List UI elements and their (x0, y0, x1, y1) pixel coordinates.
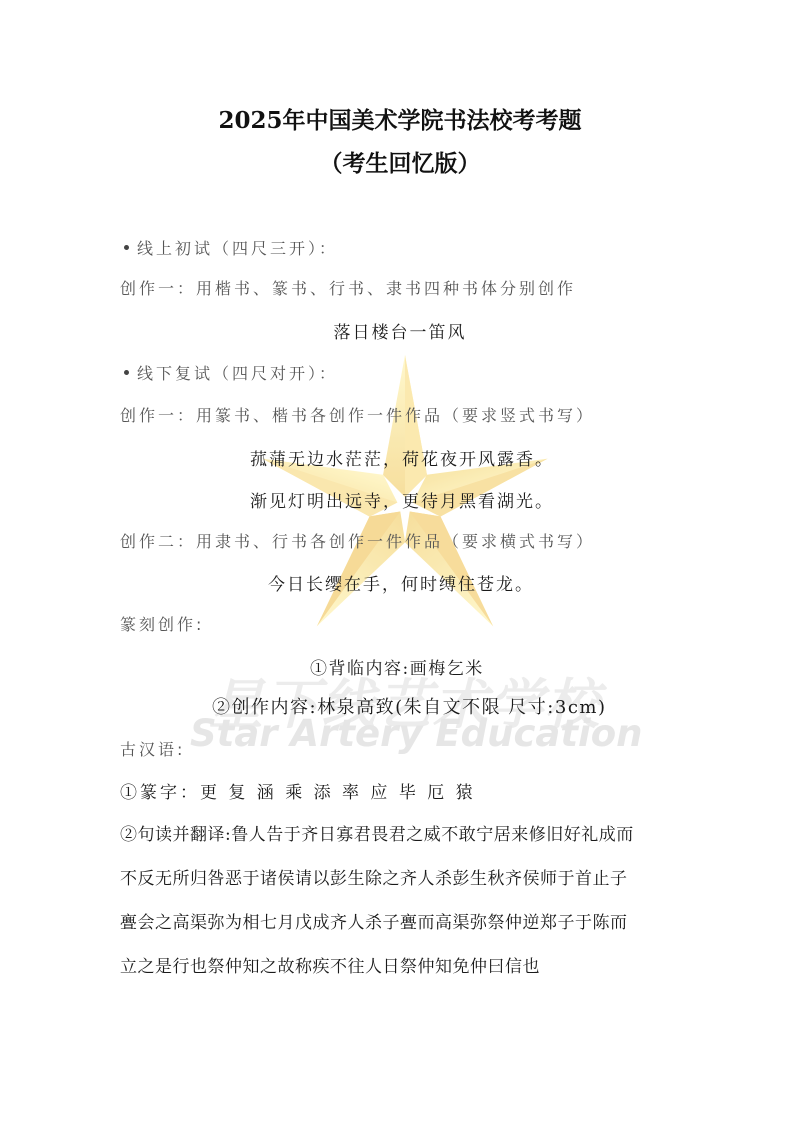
offline-round-heading: 线下复试（四尺对开）： (118, 361, 338, 384)
classical-chinese-item-2-line-4: 立之是行也祭仲知之故称疾不往人日祭仲知免仲曰信也 (120, 952, 540, 977)
offline-task1-poem-line-2: 渐见灯明出远寺，更待月黑看湖光。 (250, 487, 554, 512)
page-title: 2025年中国美术学院书法校考考题 (0, 102, 800, 135)
document-page: 星下线艺术学校 Star Artery Education 2025年中国美术学… (0, 0, 800, 1132)
page-subtitle: （考生回忆版） (0, 145, 800, 178)
classical-chinese-heading: 古汉语: (120, 737, 185, 760)
offline-task1-label: 创作一：用篆书、楷书各创作一件作品（要求竖式书写） (120, 403, 595, 426)
offline-task2-label: 创作二：用隶书、行书各创作一件作品（要求横式书写） (120, 529, 595, 552)
online-round-heading-text: 线上初试（四尺三开）： (137, 239, 338, 258)
classical-chinese-item-2-line-1: ②句读并翻译:鲁人告于齐日寡君畏君之威不敢宁居来修旧好礼成而 (120, 820, 634, 845)
bullet-icon (124, 245, 129, 250)
classical-chinese-item-1: ①篆字：更 复 涵 乘 添 率 应 毕 厄 猿 (120, 778, 476, 803)
bullet-icon (124, 370, 129, 375)
seal-carving-item-2: ②创作内容:林泉高致(朱自文不限 尺寸:3cm) (212, 693, 607, 719)
offline-task1-poem-line-1: 菰蒲无边水茫茫，荷花夜开风露香。 (250, 445, 554, 470)
online-task1-label: 创作一：用楷书、篆书、行书、隶书四种书体分别创作 (120, 276, 576, 299)
online-task1-content: 落日楼台一笛风 (0, 318, 800, 343)
classical-chinese-item-2-line-2: 不反无所归咎恶于诸侯请以彭生除之齐人杀彭生秋齐侯师于首止子 (120, 864, 628, 889)
offline-round-heading-text: 线下复试（四尺对开）： (137, 364, 338, 383)
classical-chinese-item-2-line-3: 亹会之高渠弥为相七月戊成齐人杀子亹而高渠弥祭仲逆郑子于陈而 (120, 908, 628, 933)
seal-carving-item-1: ①背临内容:画梅乞米 (310, 654, 484, 679)
online-round-heading: 线上初试（四尺三开）： (118, 236, 338, 259)
offline-task2-content: 今日长缨在手，何时缚住苍龙。 (268, 570, 534, 595)
seal-carving-heading: 篆刻创作: (120, 612, 204, 635)
